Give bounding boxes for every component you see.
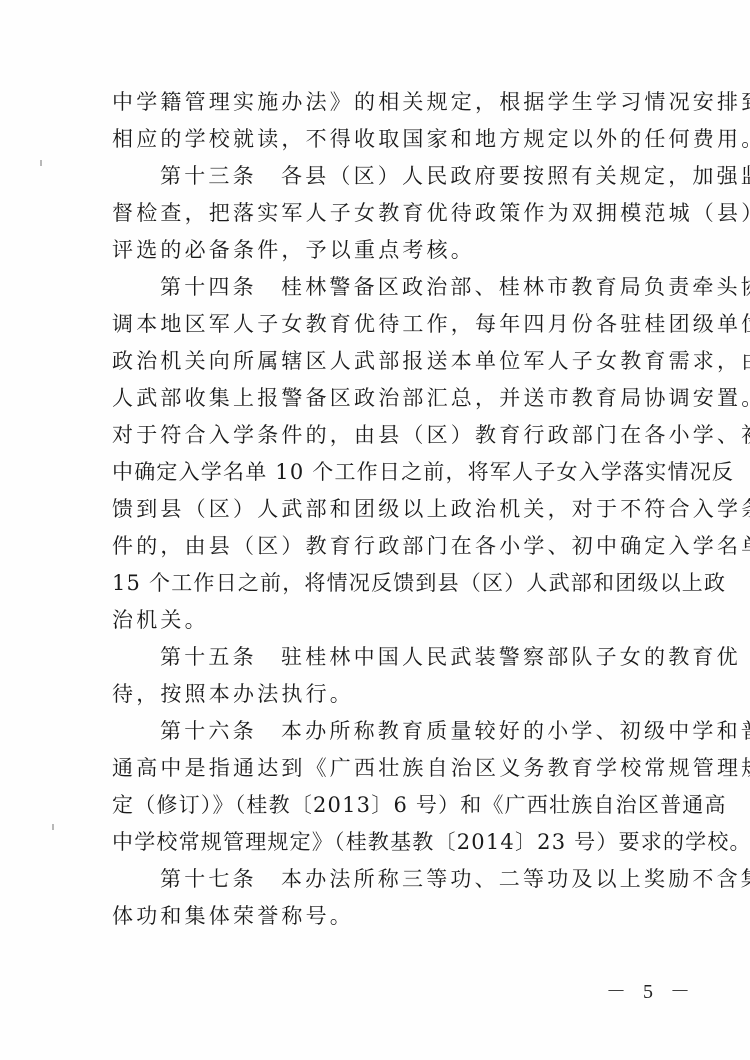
text-line: 待，按照本办法执行。	[112, 676, 672, 713]
article-13-heading-line: 第十三条 各县（区）人民政府要按照有关规定，加强监	[112, 158, 672, 195]
scan-speck	[40, 160, 42, 166]
text-line: 相应的学校就读，不得收取国家和地方规定以外的任何费用。	[112, 121, 672, 158]
document-page: 中学籍管理实施办法》的相关规定，根据学生学习情况安排到 相应的学校就读，不得收取…	[0, 0, 750, 1060]
article-17-heading-line: 第十七条 本办法所称三等功、二等功及以上奖励不含集	[112, 861, 672, 898]
article-16-heading-line: 第十六条 本办所称教育质量较好的小学、初级中学和普	[112, 713, 672, 750]
text-line: 中学籍管理实施办法》的相关规定，根据学生学习情况安排到	[112, 84, 672, 121]
text-line: 督检查，把落实军人子女教育优待政策作为双拥模范城（县）	[112, 195, 672, 232]
text-line: 通高中是指通达到《广西壮族自治区义务教育学校常规管理规	[112, 750, 672, 787]
text-line: 中确定入学名单 10 个工作日之前，将军人子女入学落实情况反	[112, 454, 672, 491]
text-line: 中学校常规管理规定》（桂教基教〔2014〕23 号）要求的学校。	[112, 824, 672, 861]
article-14-heading-line: 第十四条 桂林警备区政治部、桂林市教育局负责牵头协	[112, 269, 672, 306]
text-line: 件的，由县（区）教育行政部门在各小学、初中确定入学名单	[112, 528, 672, 565]
text-line: 对于符合入学条件的，由县（区）教育行政部门在各小学、初	[112, 417, 672, 454]
text-line: 政治机关向所属辖区人武部报送本单位军人子女教育需求，由	[112, 343, 672, 380]
text-line: 人武部收集上报警备区政治部汇总，并送市教育局协调安置。	[112, 380, 672, 417]
text-line: 治机关。	[112, 602, 672, 639]
scan-speck	[52, 824, 54, 830]
page-number: － 5 －	[606, 975, 696, 1004]
article-15-heading-line: 第十五条 驻桂林中国人民武装警察部队子女的教育优	[112, 639, 672, 676]
text-line: 馈到县（区）人武部和团级以上政治机关，对于不符合入学条	[112, 491, 672, 528]
text-line: 评选的必备条件，予以重点考核。	[112, 232, 672, 269]
text-line: 定（修订）》（桂教〔2013〕6 号）和《广西壮族自治区普通高	[112, 787, 672, 824]
text-line: 15 个工作日之前，将情况反馈到县（区）人武部和团级以上政	[112, 565, 672, 602]
text-line: 体功和集体荣誉称号。	[112, 898, 672, 935]
text-line: 调本地区军人子女教育优待工作，每年四月份各驻桂团级单位	[112, 306, 672, 343]
body-text: 中学籍管理实施办法》的相关规定，根据学生学习情况安排到 相应的学校就读，不得收取…	[112, 84, 672, 935]
